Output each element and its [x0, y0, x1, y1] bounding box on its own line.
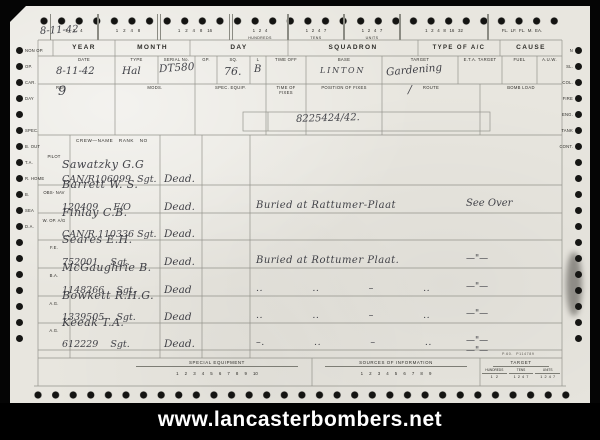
header-day: DAY	[190, 40, 288, 56]
scale-squadron-units: 1 2 4 7 UNITS	[344, 14, 400, 40]
crew-name: Sawatzky G.G	[62, 158, 144, 171]
field-date: DATE	[53, 56, 115, 63]
margin-slot: R. HOME	[16, 170, 56, 186]
crew-number-rank: 612229 Sgt.	[62, 339, 130, 350]
header-type-of-ac: TYPE OF A/C	[418, 40, 500, 56]
margin-slot	[16, 298, 56, 314]
right-margin-punch-column: N SL. COL. FIRE ENG. TANK CONT.	[522, 42, 582, 346]
punch-hole	[16, 223, 23, 230]
crew-fate: Dead	[164, 284, 192, 296]
date-label: DATE	[53, 58, 115, 63]
mods-label: MODS.	[115, 86, 195, 91]
margin-slot: COL.	[522, 74, 582, 90]
crew-burial-remark: Buried at Rottumer Plaat.	[256, 255, 399, 266]
crew-name: Seares E.H.	[62, 233, 133, 246]
field-gp: GP.	[195, 56, 217, 63]
punch-hole	[575, 207, 582, 214]
punch-hole	[575, 159, 582, 166]
type-label: TYPE	[115, 58, 158, 63]
margin-slot: FIRE	[522, 90, 582, 106]
punch-hole	[575, 239, 582, 246]
margin-slot	[522, 298, 582, 314]
target-tens-label: TENS	[509, 368, 534, 374]
margin-slot	[522, 154, 582, 170]
margin-slot	[522, 186, 582, 202]
field-time-of-fixes: TIME OF FIXES	[266, 84, 306, 96]
ref-mark: 9	[58, 84, 66, 99]
punch-hole	[575, 223, 582, 230]
timeoff-label: TIME OFF	[266, 58, 306, 63]
margin-slot	[16, 250, 56, 266]
margin-slot	[522, 218, 582, 234]
scanned-loss-card-photo: 2 3 4 1 2 4 8 1 2 4 8 16 1 2 4 HUNDREDS …	[0, 0, 600, 440]
scale-month: 1 2 4 8	[98, 14, 158, 40]
route-label: ROUTE	[382, 86, 480, 91]
l-label: L	[250, 58, 266, 63]
field-eta-target: E.T.A. TARGET	[458, 56, 502, 63]
margin-slot: T.A.	[16, 154, 56, 170]
punch-holes-bottom	[30, 388, 572, 402]
time-of-fixes-label: TIME OF FIXES	[266, 86, 306, 96]
eta-target-label: E.T.A. TARGET	[458, 58, 502, 63]
target-punch-section: TARGET HUNDREDS 1 2 TENS 1 2 4 7 UNITS 1…	[481, 359, 561, 385]
punch-hole	[575, 47, 582, 54]
watermark-url: www.lancasterbombers.net	[0, 403, 600, 440]
handwritten-top-date: 8-11-42	[40, 24, 79, 37]
target-tens: TENS 1 2 4 7	[508, 368, 535, 379]
margin-slot: CONT.	[522, 138, 582, 154]
scale-type-numbers: 1 2 4 8 16 32	[401, 28, 487, 33]
header-year: YEAR	[53, 40, 115, 56]
punch-hole	[575, 335, 582, 342]
margin-slot	[16, 266, 56, 282]
margin-slot: SL.	[522, 58, 582, 74]
target-subgroups: HUNDREDS 1 2 TENS 1 2 4 7 UNITS 1 2 4 7	[481, 368, 561, 379]
crew-fate: Dead.	[164, 201, 195, 213]
punch-hole	[16, 335, 23, 342]
margin-slot: N	[522, 42, 582, 58]
scale-day: 1 2 4 8 16	[160, 14, 230, 40]
margin-slot	[522, 266, 582, 282]
field-route: ROUTE	[382, 84, 480, 91]
target-units: UNITS 1 2 4 7	[534, 368, 561, 379]
crew-ditto-remark: .. .. – ..	[256, 310, 430, 321]
margin-slot	[16, 314, 56, 330]
position-of-fixes-label: POSITION OF FIXES	[306, 86, 382, 91]
route-mark: /	[408, 83, 412, 96]
scale-day-numbers: 1 2 4 8 16	[161, 28, 229, 33]
margin-slot: DAY	[16, 90, 56, 106]
target-tens-numbers: 1 2 4 7	[508, 375, 535, 379]
margin-slot	[16, 234, 56, 250]
form-print-code: P.60. P114789	[502, 352, 534, 356]
punch-hole	[16, 287, 23, 294]
punch-hole	[16, 47, 23, 54]
punch-hole	[16, 95, 23, 102]
crew-name: Finlay C.B.	[62, 206, 128, 219]
sources-of-information-section: SOURCES OF INFORMATION 1 2 3 4 5 6 7 8 9	[314, 359, 478, 385]
margin-slot	[522, 330, 582, 346]
punch-hole	[16, 159, 23, 166]
crew-name: Keeak T.A.	[62, 316, 124, 329]
sq-value: 76.	[224, 65, 242, 78]
type-value: Hal	[122, 65, 141, 77]
punch-hole	[575, 271, 582, 278]
field-base: BASE	[306, 56, 382, 63]
punch-hole	[16, 143, 23, 150]
margin-slot	[16, 330, 56, 346]
punch-hole	[575, 95, 582, 102]
crew-fate: Dead.	[164, 173, 195, 185]
left-margin-punch-column: NON OP. OP. CAR. DAY SPEC. B. OUT T.A. R…	[16, 42, 56, 346]
punch-hole	[16, 191, 23, 198]
special-equipment-label: SPECIAL EQUIPMENT	[136, 360, 298, 367]
margin-slot	[16, 106, 56, 122]
punch-hole	[16, 111, 23, 118]
target-units-numbers: 1 2 4 7	[534, 375, 561, 379]
crew-ditto-remark: –. .. – ..	[256, 337, 432, 348]
punch-hole	[16, 255, 23, 262]
target-hundreds: HUNDREDS 1 2	[481, 368, 508, 379]
file-reference-number: 8225424/42.	[296, 112, 360, 125]
margin-slot: ENG.	[522, 106, 582, 122]
margin-slot	[522, 314, 582, 330]
crew-fate: Dead.	[164, 256, 195, 268]
margin-slot: TANK	[522, 122, 582, 138]
field-target: TARGET	[382, 56, 458, 63]
margin-slot	[522, 202, 582, 218]
margin-slot: NON OP.	[16, 42, 56, 58]
scale-hundreds-numbers: 1 2 4	[233, 28, 287, 33]
header-month: MONTH	[115, 40, 190, 56]
punch-hole	[575, 191, 582, 198]
margin-slot: CAR.	[16, 74, 56, 90]
scale-units-numbers: 1 2 4 7	[345, 28, 399, 33]
margin-slot	[522, 250, 582, 266]
scale-squadron-hundreds: 1 2 4 HUNDREDS	[232, 14, 288, 40]
scale-tens-numbers: 1 2 4 7	[289, 28, 343, 33]
field-type: TYPE	[115, 56, 158, 63]
special-equipment-numbers: 1 2 3 4 5 6 7 8 9 10	[123, 371, 311, 376]
punch-hole	[575, 319, 582, 326]
punch-hole	[575, 111, 582, 118]
punch-hole	[575, 255, 582, 262]
header-squadron: SQUADRON	[288, 40, 418, 56]
punch-hole	[575, 143, 582, 150]
punch-hole	[16, 207, 23, 214]
margin-slot: SPEC.	[16, 122, 56, 138]
special-equipment-section: SPECIAL EQUIPMENT 1 2 3 4 5 6 7 8 9 10	[123, 359, 311, 385]
gp-label: GP.	[195, 58, 217, 63]
serial-value: DT580	[159, 61, 195, 75]
punch-hole	[16, 63, 23, 70]
margin-slot: D.A.	[16, 218, 56, 234]
sources-of-information-label: SOURCES OF INFORMATION	[325, 360, 466, 367]
punch-hole	[16, 127, 23, 134]
base-value: LINTON	[320, 66, 365, 75]
crew-fate: Dead	[164, 311, 192, 323]
scale-month-numbers: 1 2 4 8	[99, 28, 157, 33]
punch-hole	[575, 79, 582, 86]
base-label: BASE	[306, 58, 382, 63]
trailing-ditto-mark: —"—	[466, 346, 488, 356]
raf-loss-record-card: 2 3 4 1 2 4 8 1 2 4 8 16 1 2 4 HUNDREDS …	[10, 6, 590, 403]
punch-hole	[575, 175, 582, 182]
crew-name: Bowkett R.H.G.	[62, 289, 154, 302]
sources-of-information-numbers: 1 2 3 4 5 6 7 8 9	[314, 371, 478, 376]
date-value: 8-11-42	[56, 66, 95, 77]
l-value: B	[254, 64, 261, 75]
punch-hole	[16, 271, 23, 278]
margin-slot	[16, 282, 56, 298]
scale-cause-codes: FL. LF. FL. M. EA.	[489, 28, 555, 33]
punch-hole	[16, 79, 23, 86]
crew-burial-remark: Buried at Rattumer-Plaat	[256, 200, 396, 211]
field-mods: MODS.	[115, 84, 195, 91]
crew-fate: Dead.	[164, 338, 195, 350]
margin-slot	[522, 282, 582, 298]
crew-ditto-remark: .. .. – ..	[256, 283, 430, 294]
punch-hole	[575, 63, 582, 70]
punch-hole	[16, 319, 23, 326]
margin-slot: OP.	[16, 58, 56, 74]
punch-hole	[575, 127, 582, 134]
crew-name: McGaughrie B.	[62, 261, 152, 274]
sq-label: SQ.	[217, 58, 250, 63]
punch-hole	[16, 239, 23, 246]
scale-type: 1 2 4 8 16 32	[400, 14, 488, 40]
scale-squadron-tens: 1 2 4 7 TENS	[288, 14, 344, 40]
crew-table-header: CREW—NAME RANK NO	[76, 138, 148, 143]
crew-fate: Dead.	[164, 228, 195, 240]
field-spec-equip: SPEC. EQUIP.	[195, 84, 266, 91]
punch-hole	[16, 303, 23, 310]
field-sq: SQ.	[217, 56, 250, 63]
crew-name: Barrett W. S.	[62, 178, 138, 191]
target-section-label: TARGET	[493, 360, 549, 367]
target-label: TARGET	[382, 58, 458, 63]
margin-slot: B.	[16, 186, 56, 202]
scale-cause: FL. LF. FL. M. EA.	[488, 14, 555, 40]
target-hundreds-numbers: 1 2	[481, 375, 508, 379]
punch-hole	[575, 287, 582, 294]
field-position-of-fixes: POSITION OF FIXES	[306, 84, 382, 91]
margin-slot	[522, 170, 582, 186]
margin-slot: SEA	[16, 202, 56, 218]
field-timeoff: TIME OFF	[266, 56, 306, 63]
punch-hole	[16, 175, 23, 182]
spec-equip-label: SPEC. EQUIP.	[195, 86, 266, 91]
margin-slot	[522, 234, 582, 250]
target-units-label: UNITS	[535, 368, 560, 374]
punch-hole	[575, 303, 582, 310]
target-hundreds-label: HUNDREDS	[482, 368, 507, 374]
field-l: L	[250, 56, 266, 63]
margin-slot: B. OUT	[16, 138, 56, 154]
